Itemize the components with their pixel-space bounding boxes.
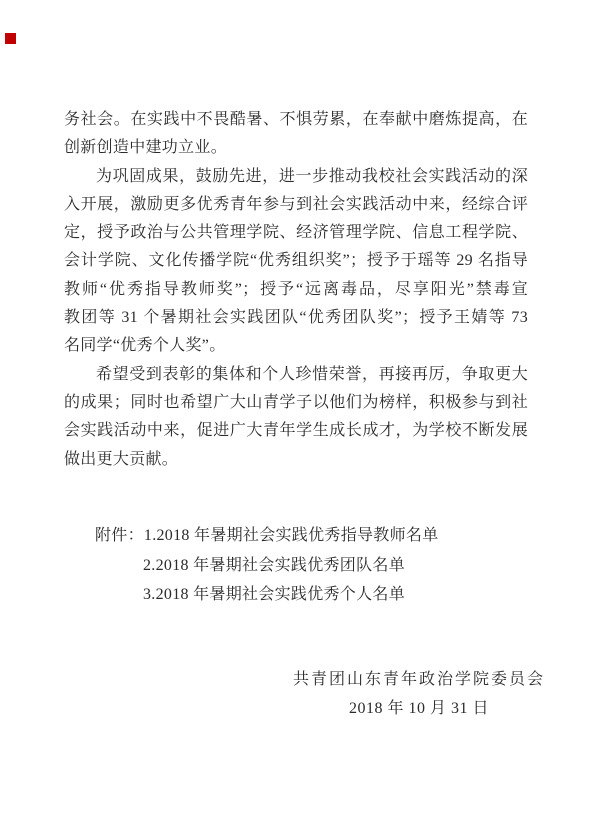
body-line: 名同学“优秀个人奖”。: [64, 332, 528, 360]
attachments-list: 附件：1.2018 年暑期社会实践优秀指导教师名单 2.2018 年暑期社会实践…: [95, 521, 535, 610]
attachments-label: 附件：: [95, 527, 144, 544]
body-line: 会计学院、文化传播学院“优秀组织奖”；授予于瑶等 29 名指导: [64, 247, 528, 275]
body-line: 希望受到表彰的集体和个人珍惜荣誉，再接再厉，争取更大: [64, 361, 528, 389]
signature-organization: 共青团山东青年政治学院委员会: [293, 665, 545, 694]
body-line: 入开展，激励更多优秀青年参与到社会实践活动中来，经综合评: [64, 191, 528, 219]
body-line: 定，授予政治与公共管理学院、经济管理学院、信息工程学院、: [64, 219, 528, 247]
body-line: 的成果；同时也希望广大山青学子以他们为榜样，积极参与到社: [64, 389, 528, 417]
body-line: 为巩固成果，鼓励先进，进一步推动我校社会实践活动的深: [64, 163, 528, 191]
body-line: 做出更大贡献。: [64, 446, 528, 474]
attachment-item: 2.2018 年暑期社会实践优秀团队名单: [143, 551, 535, 581]
signature-block: 共青团山东青年政治学院委员会 2018 年 10 月 31 日: [293, 665, 545, 723]
body-line: 教团等 31 个暑期社会实践团队“优秀团队奖”；授予王婧等 73: [64, 304, 528, 332]
body-line: 教师“优秀指导教师奖”；授予“远离毒品，尽享阳光”禁毒宣: [64, 276, 528, 304]
document-body: 务社会。在实践中不畏酷暑、不惧劳累，在奉献中磨炼提高，在 创新创造中建功立业。 …: [64, 106, 528, 474]
document-page: 务社会。在实践中不畏酷暑、不惧劳累，在奉献中磨炼提高，在 创新创造中建功立业。 …: [0, 0, 592, 835]
attachment-item: 3.2018 年暑期社会实践优秀个人名单: [143, 580, 535, 610]
attachment-item-text: 1.2018 年暑期社会实践优秀指导教师名单: [144, 527, 439, 544]
red-marker: [5, 33, 16, 44]
body-line: 会实践活动中来，促进广大青年学生成长成才，为学校不断发展: [64, 417, 528, 445]
signature-date: 2018 年 10 月 31 日: [293, 694, 545, 723]
body-line: 务社会。在实践中不畏酷暑、不惧劳累，在奉献中磨炼提高，在: [64, 106, 528, 134]
attachment-item: 附件：1.2018 年暑期社会实践优秀指导教师名单: [95, 521, 535, 551]
body-line: 创新创造中建功立业。: [64, 134, 528, 162]
